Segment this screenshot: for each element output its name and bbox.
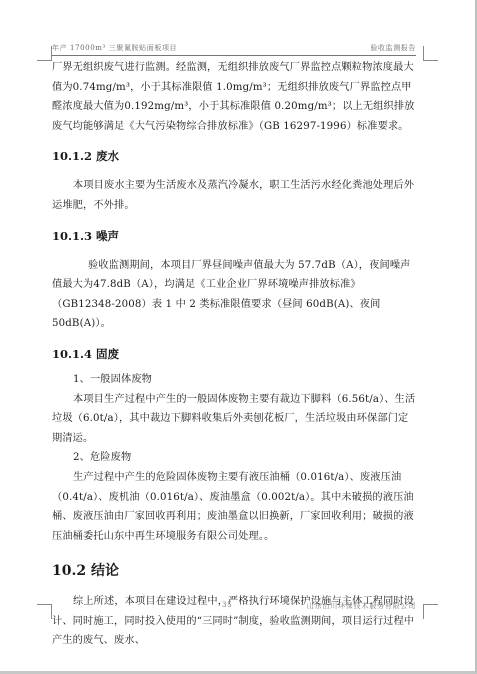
- subheading-general-solid-waste: 1、一般固体废物: [52, 370, 416, 390]
- page-number: 35: [222, 601, 233, 609]
- heading-10-1-2: 10.1.2 废水: [52, 148, 416, 164]
- paragraph-waste-gas: 厂界无组织废气进行监测。经监测，无组织排放废气厂界监控点颗粒物浓度最大值为0.7…: [52, 58, 416, 136]
- footer-company: 山东山川环保技术服务有限公司: [307, 601, 416, 611]
- header-report-title: 验收监测报告: [370, 43, 416, 53]
- heading-10-2: 10.2 结论: [52, 560, 416, 580]
- paragraph-wastewater: 本项目废水主要为生活废水及蒸汽冷凝水，职工生活污水经化粪池处理后外运堆肥，不外排…: [52, 176, 416, 215]
- heading-10-1-4: 10.1.4 固废: [52, 346, 416, 362]
- crop-mark-top-left: [37, 46, 52, 61]
- heading-10-1-3: 10.1.3 噪声: [52, 228, 416, 244]
- paragraph-noise: 验收监测期间，本项目厂界昼间噪声值最大为 57.7dB（A），夜间噪声值最大为4…: [52, 256, 416, 334]
- page-body: 厂界无组织废气进行监测。经监测，无组织排放废气厂界监控点颗粒物浓度最大值为0.7…: [52, 58, 416, 651]
- crop-mark-bottom-right: [423, 604, 438, 619]
- crop-mark-top-right: [423, 46, 438, 61]
- paragraph-hazardous-waste: 生产过程中产生的危险固体废物主要有液压油桶（0.016t/a）、废液压油（0.4…: [52, 468, 416, 546]
- crop-mark-bottom-left: [37, 604, 52, 619]
- document-page: 年产 17000m³ 三聚氰胺贴面板项目 验收监测报告 厂界无组织废气进行监测。…: [0, 0, 477, 674]
- header-project-title: 年产 17000m³ 三聚氰胺贴面板项目: [52, 43, 177, 53]
- paragraph-general-solid-waste: 本项目生产过程中产生的一般固体废物主要有裁边下脚料（6.56t/a）、生活垃圾（…: [52, 390, 416, 449]
- page-header: 年产 17000m³ 三聚氰胺贴面板项目 验收监测报告: [52, 41, 416, 56]
- subheading-hazardous-waste: 2、危险废物: [52, 448, 416, 468]
